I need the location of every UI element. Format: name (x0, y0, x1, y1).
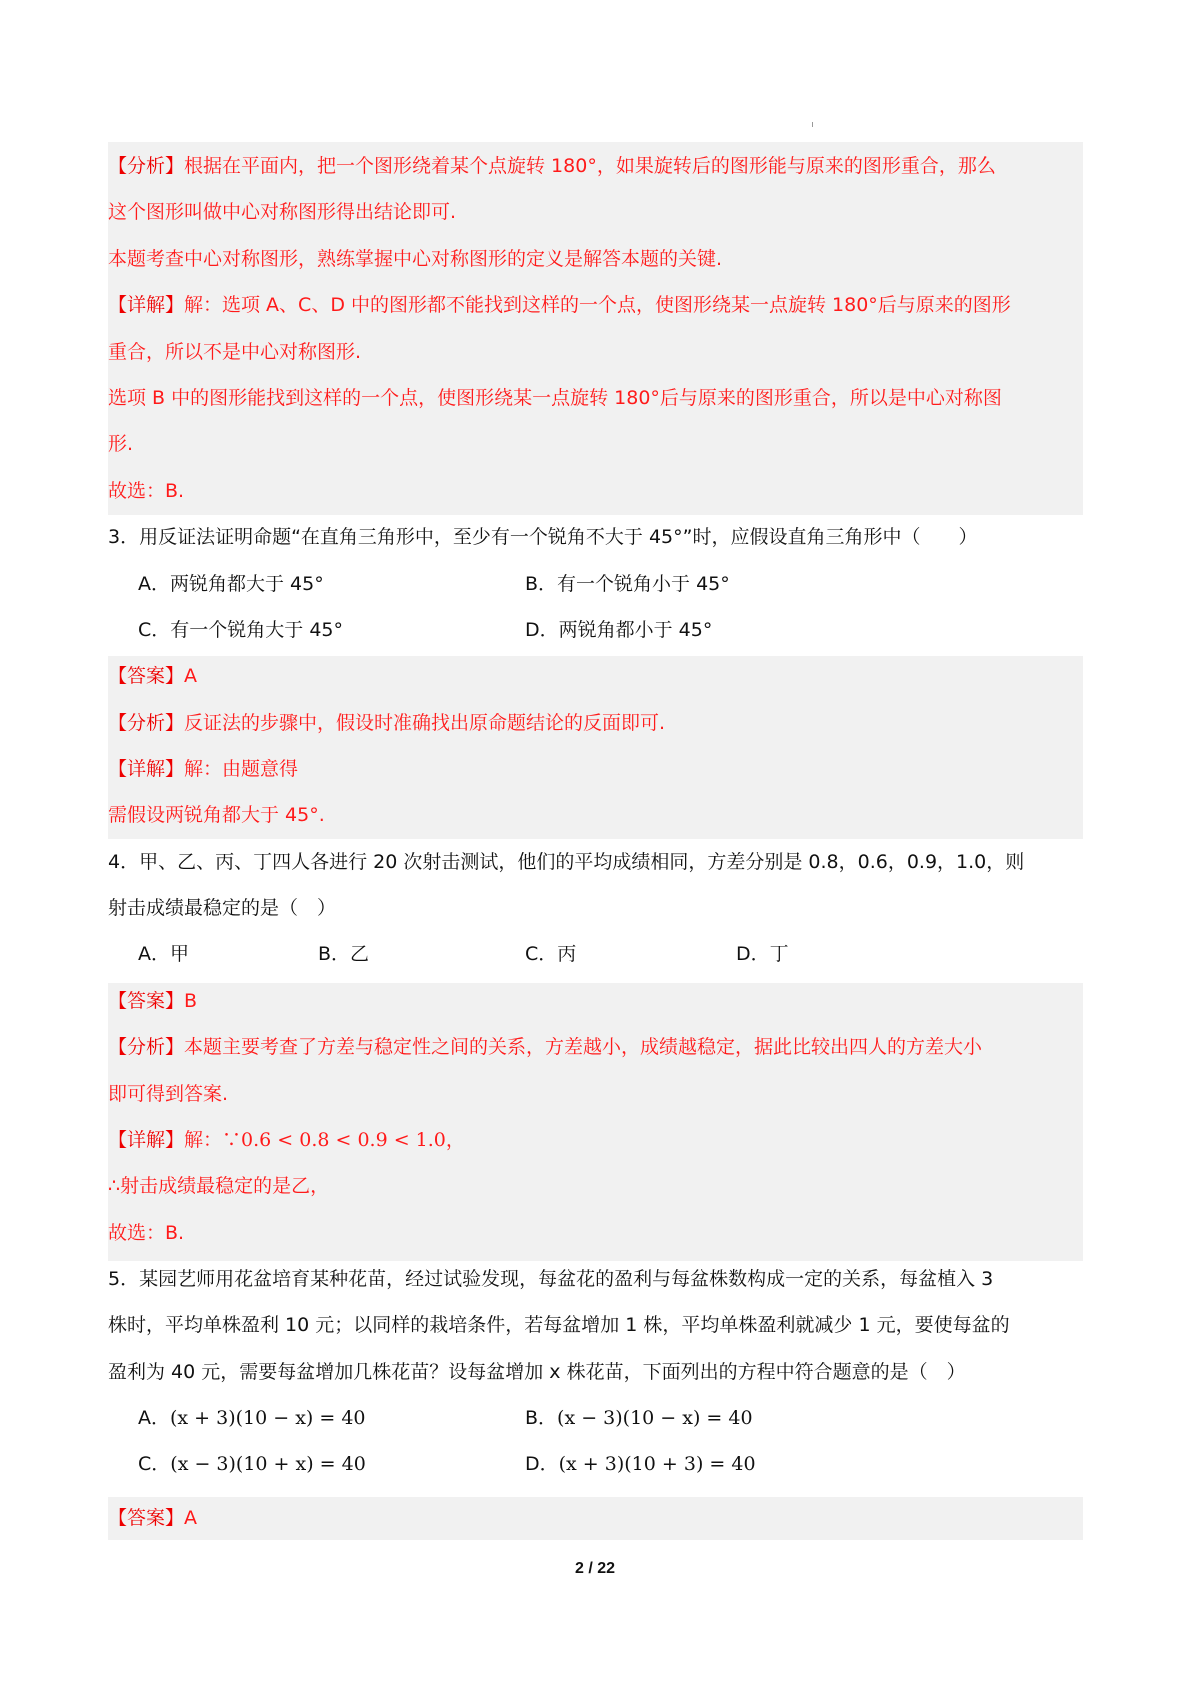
q2-analysis-line-3: 本题考查中心对称图形，熟练掌握中心对称图形的定义是解答本题的关键. (108, 236, 722, 282)
answer-value: A (184, 1507, 197, 1529)
q3-detail-line-1: 【详解】解：由题意得 (108, 746, 298, 792)
q4-option-a: A．甲 (138, 931, 189, 977)
q4-option-d: D．丁 (736, 931, 789, 977)
q5-option-b: B．(x − 3)(10 − x) = 40 (525, 1395, 753, 1441)
page-mark (812, 122, 813, 127)
q5-stem-line-3: 盈利为 40 元，需要每盆增加几株花苗？设每盆增加 x 株花苗，下面列出的方程中… (108, 1349, 966, 1395)
detail-text: 解：由题意得 (184, 758, 298, 780)
q3-answer: 【答案】A (108, 653, 197, 699)
option-equation: (x + 3)(10 + 3) = 40 (559, 1453, 756, 1475)
option-label: C． (138, 1453, 170, 1475)
detail-label: 【详解】 (108, 1129, 184, 1151)
option-text: 有一个锐角大于 45° (170, 619, 343, 641)
option-text: 两锐角都大于 45° (170, 573, 324, 595)
answer-value: B (184, 990, 197, 1012)
option-equation: (x + 3)(10 − x) = 40 (170, 1407, 366, 1429)
analysis-label: 【分析】 (108, 155, 184, 177)
option-label: B． (318, 943, 350, 965)
q5-stem-line-2: 株时，平均单株盈利 10 元；以同样的栽培条件，若每盆增加 1 株，平均单株盈利… (108, 1302, 1010, 1348)
q4-detail-line-1: 【详解】解：∵0.6 < 0.8 < 0.9 < 1.0， (108, 1117, 465, 1163)
option-label: D． (525, 619, 559, 641)
q4-option-b: B．乙 (318, 931, 369, 977)
q3-option-a: A．两锐角都大于 45° (138, 561, 324, 607)
detail-label: 【详解】 (108, 758, 184, 780)
q5-option-a: A．(x + 3)(10 − x) = 40 (138, 1395, 366, 1441)
q4-detail-line-3: 故选：B. (108, 1210, 184, 1256)
q5-stem-line-1: 5．某园艺师用花盆培育某种花苗，经过试验发现，每盆花的盈利与每盆株数构成一定的关… (108, 1256, 993, 1302)
q4-stem-line-2: 射击成绩最稳定的是（ ） (108, 885, 336, 931)
q3-detail-line-2: 需假设两锐角都大于 45°. (108, 792, 325, 838)
q4-analysis-line-2: 即可得到答案. (108, 1071, 228, 1117)
q5-answer: 【答案】A (108, 1495, 197, 1541)
option-label: B． (525, 573, 557, 595)
option-label: C． (525, 943, 557, 965)
q3-option-b: B．有一个锐角小于 45° (525, 561, 730, 607)
option-text: 丁 (770, 943, 789, 965)
q3-option-c: C．有一个锐角大于 45° (138, 607, 343, 653)
analysis-text: 反证法的步骤中，假设时准确找出原命题结论的反面即可. (184, 712, 665, 734)
q5-answer-block (108, 1497, 1083, 1540)
option-equation: (x − 3)(10 + x) = 40 (170, 1453, 366, 1475)
option-text: 两锐角都小于 45° (559, 619, 713, 641)
q4-option-c: C．丙 (525, 931, 576, 977)
q5-option-d: D．(x + 3)(10 + 3) = 40 (525, 1441, 756, 1487)
q2-detail-line-4: 形. (108, 421, 133, 467)
q2-detail-line-3: 选项 B 中的图形能找到这样的一个点，使图形绕某一点旋转 180°后与原来的图形… (108, 375, 1002, 421)
option-text: 甲 (170, 943, 189, 965)
option-text: 乙 (350, 943, 369, 965)
option-label: A． (138, 573, 170, 595)
answer-label: 【答案】 (108, 665, 184, 687)
option-text: 丙 (557, 943, 576, 965)
option-label: B． (525, 1407, 557, 1429)
analysis-text: 根据在平面内，把一个图形绕着某个点旋转 180°，如果旋转后的图形能与原来的图形… (184, 155, 996, 177)
q2-detail-line-2: 重合，所以不是中心对称图形. (108, 329, 361, 375)
option-label: C． (138, 619, 170, 641)
page-number: 2 / 22 (0, 1560, 1190, 1578)
q5-option-c: C．(x − 3)(10 + x) = 40 (138, 1441, 366, 1487)
detail-text: 解：∵0.6 < 0.8 < 0.9 < 1.0， (184, 1129, 465, 1151)
option-equation: (x − 3)(10 − x) = 40 (557, 1407, 753, 1429)
option-label: A． (138, 943, 170, 965)
analysis-label: 【分析】 (108, 712, 184, 734)
analysis-label: 【分析】 (108, 1036, 184, 1058)
q2-detail-line-5: 故选：B. (108, 468, 184, 514)
option-label: D． (736, 943, 770, 965)
detail-text: 解：选项 A、C、D 中的图形都不能找到这样的一个点，使图形绕某一点旋转 180… (184, 294, 1011, 316)
answer-label: 【答案】 (108, 990, 184, 1012)
answer-label: 【答案】 (108, 1507, 184, 1529)
document-page: 【分析】根据在平面内，把一个图形绕着某个点旋转 180°，如果旋转后的图形能与原… (0, 0, 1190, 1683)
q3-stem: 3．用反证法证明命题“在直角三角形中，至少有一个锐角不大于 45°”时，应假设直… (108, 514, 978, 560)
q4-stem-line-1: 4．甲、乙、丙、丁四人各进行 20 次射击测试，他们的平均成绩相同，方差分别是 … (108, 839, 1024, 885)
detail-label: 【详解】 (108, 294, 184, 316)
q3-analysis: 【分析】反证法的步骤中，假设时准确找出原命题结论的反面即可. (108, 700, 665, 746)
option-label: D． (525, 1453, 559, 1475)
analysis-text: 本题主要考查了方差与稳定性之间的关系，方差越小，成绩越稳定，据此比较出四人的方差… (184, 1036, 982, 1058)
option-label: A． (138, 1407, 170, 1429)
q2-analysis-line-1: 【分析】根据在平面内，把一个图形绕着某个点旋转 180°，如果旋转后的图形能与原… (108, 143, 996, 189)
q3-option-d: D．两锐角都小于 45° (525, 607, 712, 653)
q4-analysis-line-1: 【分析】本题主要考查了方差与稳定性之间的关系，方差越小，成绩越稳定，据此比较出四… (108, 1024, 982, 1070)
q4-detail-line-2: ∴射击成绩最稳定的是乙， (108, 1163, 329, 1209)
q2-analysis-line-2: 这个图形叫做中心对称图形得出结论即可. (108, 189, 456, 235)
q4-answer: 【答案】B (108, 978, 197, 1024)
q2-detail-line-1: 【详解】解：选项 A、C、D 中的图形都不能找到这样的一个点，使图形绕某一点旋转… (108, 282, 1011, 328)
option-text: 有一个锐角小于 45° (557, 573, 730, 595)
answer-value: A (184, 665, 197, 687)
